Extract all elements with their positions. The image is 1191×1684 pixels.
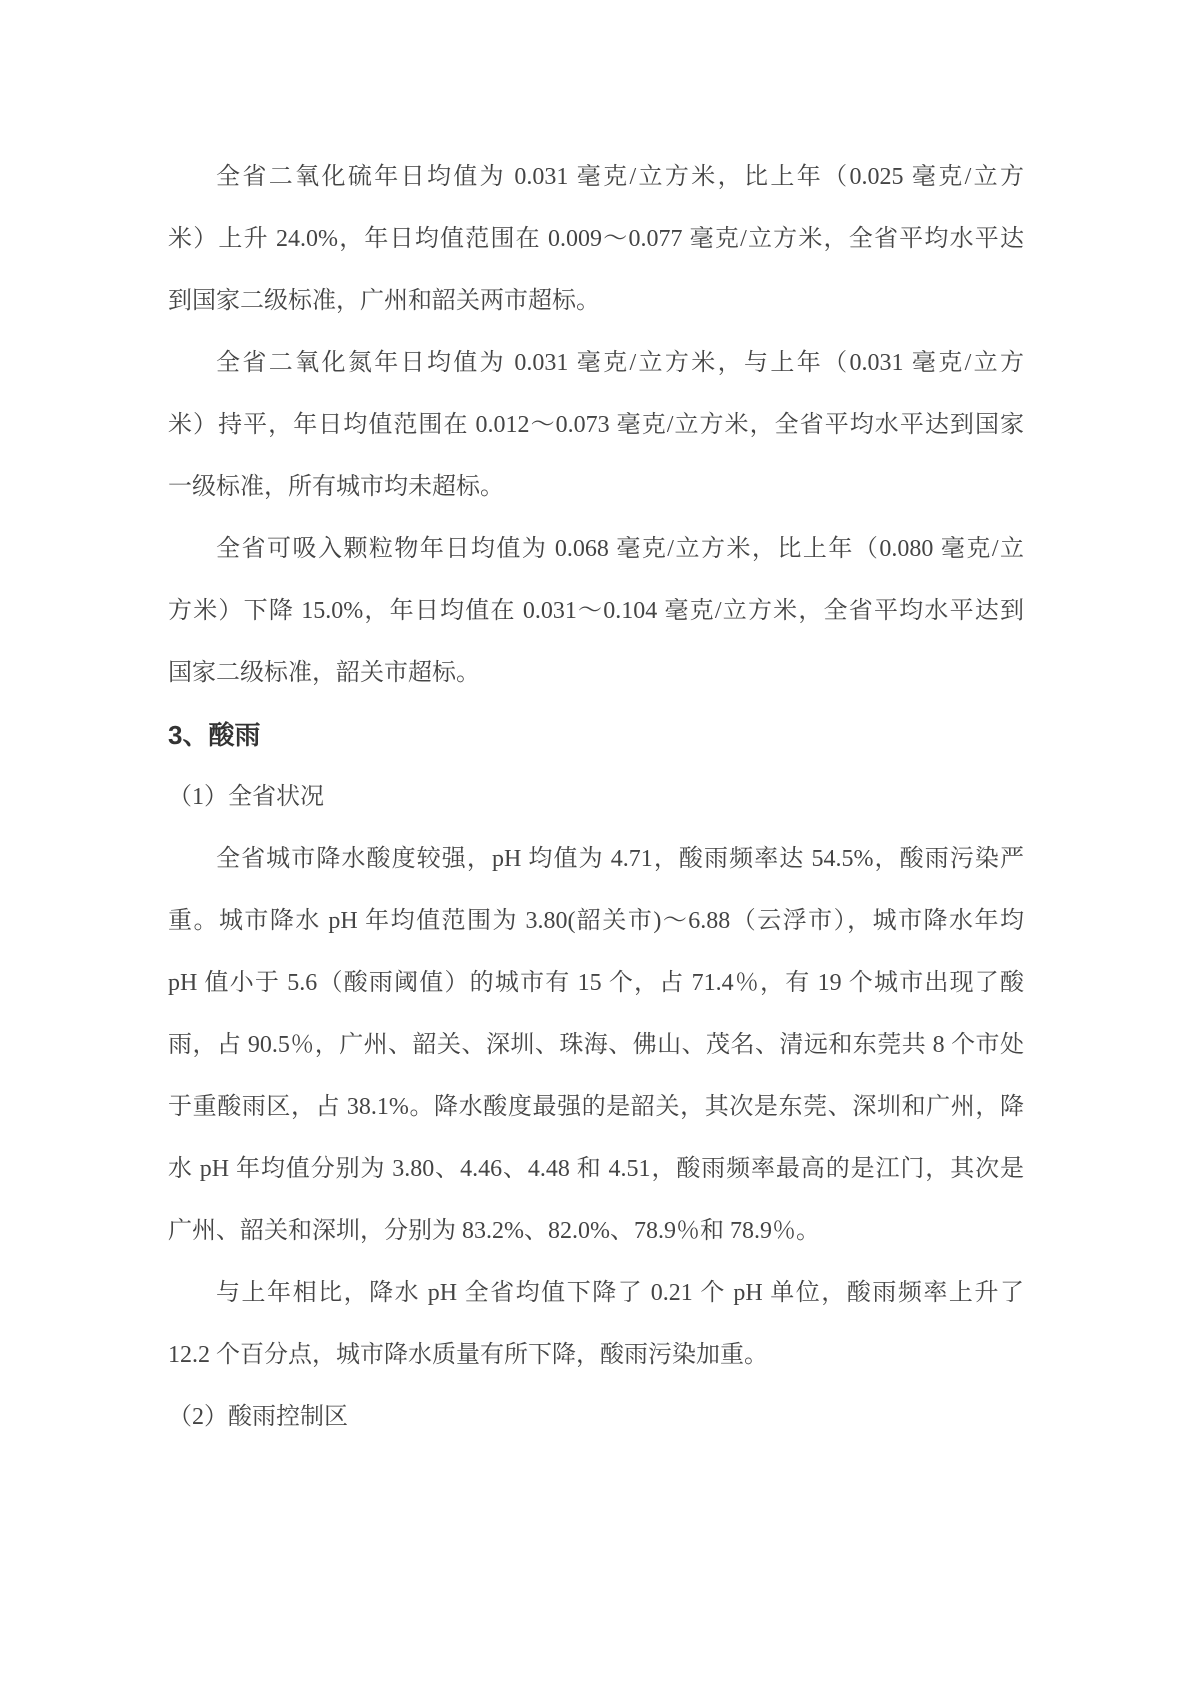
paragraph-first-line: 全省二氧化氮年日均值为 0.031 毫克/立方米，与上年（0.031 毫克/立方: [168, 332, 1024, 394]
paragraph-line: 于重酸雨区，占 38.1%。降水酸度最强的是韶关，其次是东莞、深圳和广州，降: [168, 1076, 1024, 1138]
paragraph-last-line: 国家二级标准，韶关市超标。: [168, 642, 1024, 704]
paragraph-line: 方米）下降 15.0%，年日均值在 0.031～0.104 毫克/立方米，全省平…: [168, 580, 1024, 642]
paragraph-line: 米）持平，年日均值范围在 0.012～0.073 毫克/立方米，全省平均水平达到…: [168, 394, 1024, 456]
paragraph-first-line: 全省二氧化硫年日均值为 0.031 毫克/立方米，比上年（0.025 毫克/立方: [168, 146, 1024, 208]
paragraph-first-line: 全省城市降水酸度较强，pH 均值为 4.71，酸雨频率达 54.5%，酸雨污染严: [168, 828, 1024, 890]
paragraph-first-line: 与上年相比，降水 pH 全省均值下降了 0.21 个 pH 单位，酸雨频率上升了: [168, 1262, 1024, 1324]
paragraph-first-line: 全省可吸入颗粒物年日均值为 0.068 毫克/立方米，比上年（0.080 毫克/…: [168, 518, 1024, 580]
paragraph-line: 重。城市降水 pH 年均值范围为 3.80(韶关市)～6.88（云浮市），城市降…: [168, 890, 1024, 952]
section-heading: 3、酸雨: [168, 704, 1024, 766]
paragraph-last-line: 12.2 个百分点，城市降水质量有所下降，酸雨污染加重。: [168, 1324, 1024, 1386]
document-page: 全省二氧化硫年日均值为 0.031 毫克/立方米，比上年（0.025 毫克/立方…: [0, 0, 1191, 1684]
paragraph-last-line: 一级标准，所有城市均未超标。: [168, 456, 1024, 518]
paragraph-line: 米）上升 24.0%，年日均值范围在 0.009～0.077 毫克/立方米，全省…: [168, 208, 1024, 270]
document-content: 全省二氧化硫年日均值为 0.031 毫克/立方米，比上年（0.025 毫克/立方…: [168, 146, 1024, 1448]
paragraph-line: pH 值小于 5.6（酸雨阈值）的城市有 15 个，占 71.4％，有 19 个…: [168, 952, 1024, 1014]
subsection-heading: （2）酸雨控制区: [168, 1386, 1024, 1448]
subsection-heading: （1）全省状况: [168, 766, 1024, 828]
paragraph-last-line: 到国家二级标准，广州和韶关两市超标。: [168, 270, 1024, 332]
paragraph-line: 水 pH 年均值分别为 3.80、4.46、4.48 和 4.51，酸雨频率最高…: [168, 1138, 1024, 1200]
paragraph-line: 雨，占 90.5％，广州、韶关、深圳、珠海、佛山、茂名、清远和东莞共 8 个市处: [168, 1014, 1024, 1076]
paragraph-last-line: 广州、韶关和深圳，分别为 83.2%、82.0%、78.9％和 78.9％。: [168, 1200, 1024, 1262]
